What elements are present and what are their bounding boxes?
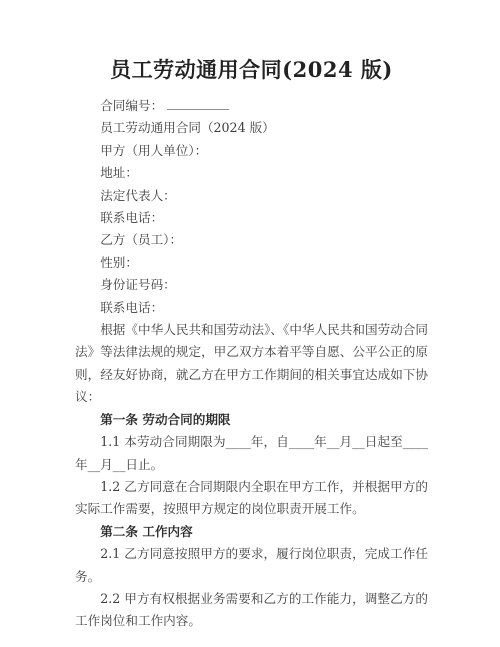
document-title: 员工劳动通用合同(2024 版) [75,55,428,85]
clause-1-2: 1.2 乙方同意在合同期限内全职在甲方工作，并根据甲方的实际工作需要，按照甲方规… [75,476,428,521]
gender-line: 性别： [75,252,428,274]
contract-subtitle-line: 员工劳动通用合同（2024 版） [75,117,428,139]
party-b-phone-line: 联系电话： [75,297,428,319]
document-page: 员工劳动通用合同(2024 版) 合同编号：员工劳动通用合同（2024 版）甲方… [0,0,500,647]
document-body: 合同编号：员工劳动通用合同（2024 版）甲方（用人单位）：地址：法定代表人：联… [75,95,428,633]
party-a-line: 甲方（用人单位）： [75,140,428,162]
article-2-heading: 第二条 工作内容 [75,521,428,543]
contract-number-line: 合同编号： [75,95,428,117]
id-number-line: 身份证号码： [75,274,428,296]
legal-representative-line: 法定代表人： [75,185,428,207]
clause-1-1: 1.1 本劳动合同期限为____年，自____年__月__日起至____年__月… [75,431,428,476]
article-1-heading: 第一条 劳动合同的期限 [75,409,428,431]
address-line: 地址： [75,162,428,184]
party-b-line: 乙方（员工）： [75,229,428,251]
clause-2-1: 2.1 乙方同意按照甲方的要求，履行岗位职责，完成工作任务。 [75,543,428,588]
clause-2-2: 2.2 甲方有权根据业务需要和乙方的工作能力，调整乙方的工作岗位和工作内容。 [75,588,428,633]
party-a-phone-line: 联系电话： [75,207,428,229]
blank-underline [167,96,229,110]
preamble-paragraph: 根据《中华人民共和国劳动法》、《中华人民共和国劳动合同法》等法律法规的规定，甲乙… [75,319,428,409]
